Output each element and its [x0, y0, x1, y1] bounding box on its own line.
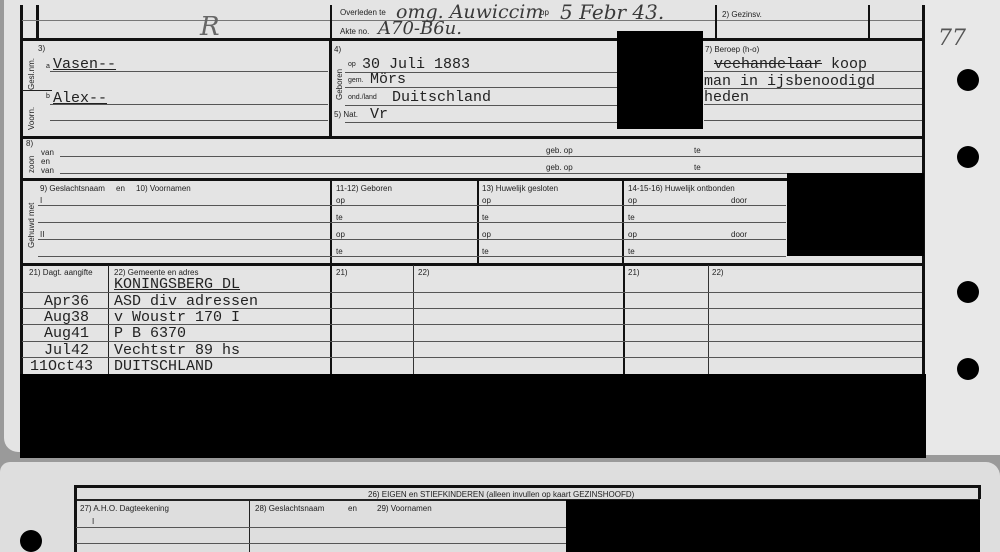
birth-country: Duitschland [392, 90, 491, 106]
married-te-2: te [482, 247, 489, 256]
gem-label: gem. [348, 76, 364, 85]
second-card-left-border [74, 485, 77, 552]
nationality-line [345, 122, 617, 123]
punch-hole-1 [957, 69, 979, 91]
geboren-vertical: Geboren [335, 69, 344, 100]
col21-c: 21) [628, 268, 640, 277]
akte-value: A70-B6u. [378, 18, 462, 39]
gehuwd-met-vertical: Gehuwd met [27, 203, 36, 248]
right-margin-mark: 77 [938, 26, 966, 51]
punch-hole-5 [20, 530, 42, 552]
overleden-date: 5 Febr 43. [560, 0, 664, 24]
margin-mark: R [200, 12, 220, 42]
punch-hole-4 [957, 358, 979, 380]
en-header: en [348, 504, 357, 513]
second-card-row-I: I [92, 517, 94, 526]
address-date-1: Apr36 [44, 294, 89, 310]
address-date-2: Aug38 [44, 310, 89, 326]
beroep-line-a [704, 71, 922, 72]
section26-top-rule [75, 485, 980, 488]
geslachtsnaam-header: 28) Geslachtsnaam [255, 504, 324, 513]
birth-place-line [345, 87, 617, 88]
section26-header: 26) EIGEN en STIEFKINDEREN (alleen invul… [368, 490, 634, 499]
beroep-line-c [704, 104, 922, 105]
zoon-vertical: zoon [27, 156, 36, 173]
marriage-line-2 [38, 222, 786, 223]
address-row-5: DUITSCHLAND [114, 359, 213, 375]
van-label-1: van [41, 148, 54, 157]
born-op-2: op [336, 230, 345, 239]
overleden-label: Overleden te [340, 8, 386, 17]
second-card-line-1 [76, 527, 566, 528]
section8-number: 8) [26, 139, 33, 148]
address-col-divider-2 [330, 265, 332, 375]
beroep-line-d [704, 120, 922, 121]
redacted-marriage-block [787, 173, 924, 256]
address-date-3: Aug41 [44, 326, 89, 342]
col22-c: 22) [712, 268, 724, 277]
a-label: a [46, 62, 50, 71]
dagt-aangifte-header: 21) Dagt. aangifte [29, 268, 93, 277]
border-left [20, 5, 23, 377]
born-te-2: te [336, 247, 343, 256]
marriage-line-4 [38, 256, 786, 257]
married-op-2: op [482, 230, 491, 239]
ond-land-label: ond./land [348, 93, 377, 102]
marriage-row-II: II [40, 230, 44, 239]
given-names-line [50, 104, 328, 105]
beroep-line-b [704, 88, 922, 89]
address-col-divider-1 [108, 265, 109, 375]
geb-op-label-2: geb. op [546, 163, 573, 172]
en-label: en [41, 157, 50, 166]
section4-number: 4) [334, 45, 341, 54]
te-label-2: te [694, 163, 701, 172]
address-row-2: v Woustr 170 I [114, 310, 240, 326]
section8-top-rule [22, 136, 922, 139]
huwelijk-gesloten-header: 13) Huwelijk gesloten [482, 184, 558, 193]
dissolved-op-1: op [628, 196, 637, 205]
top-divider-b [715, 5, 717, 38]
marriage-line-3 [38, 239, 786, 240]
te-label-1: te [694, 146, 701, 155]
born-op-1: op [336, 196, 345, 205]
card-tab-right [924, 0, 1000, 455]
second-card-col-divider [249, 500, 250, 552]
born-te-1: te [336, 213, 343, 222]
address-row-3: P B 6370 [114, 326, 186, 342]
birth-place: Mörs [370, 72, 406, 88]
redacted-photo-area [617, 31, 703, 129]
nationality: Vr [370, 107, 388, 123]
punch-hole-3 [957, 281, 979, 303]
nat-label: 5) Nat. [334, 110, 358, 119]
address-row-0: KONINGSBERG DL [114, 277, 240, 293]
marriage-name-header: 9) Geslachtsnaam en 10) Voornamen [40, 184, 191, 193]
section8-line-1 [60, 156, 922, 157]
address-col-divider-5 [708, 265, 709, 375]
punch-hole-2 [957, 146, 979, 168]
geboren-header: 11-12) Geboren [336, 184, 392, 193]
dissolved-door-2: door [731, 230, 747, 239]
dissolved-op-2: op [628, 230, 637, 239]
address-top-rule [22, 263, 922, 266]
voornamen-header: 29) Voornamen [377, 504, 432, 513]
marriage-line-1 [38, 205, 786, 206]
second-card-line-2 [76, 543, 566, 544]
b-label: b [46, 92, 50, 101]
address-col-divider-3 [413, 265, 414, 375]
dissolved-door-1: door [731, 196, 747, 205]
surname-line [50, 71, 328, 72]
marriage-row-I: I [40, 196, 42, 205]
redacted-second-card [566, 500, 980, 552]
border-left-inner [36, 5, 39, 41]
address-row-1: ASD div adressen [114, 294, 258, 310]
voorn-vertical: Voorn. [27, 107, 36, 130]
address-date-4: Jul42 [44, 343, 89, 359]
aho-dagteekening-header: 27) A.H.O. Dagteekening [80, 504, 169, 513]
section3-number: 3) [38, 44, 45, 53]
married-op-1: op [482, 196, 491, 205]
geb-op-label-1: geb. op [546, 146, 573, 155]
gezinsv-label: 2) Gezinsv. [722, 10, 762, 19]
dissolved-te-1: te [628, 213, 635, 222]
second-card-right-border [978, 485, 981, 499]
top-rule [22, 38, 922, 41]
section4-left-border [329, 38, 332, 138]
married-te-1: te [482, 213, 489, 222]
top-divider-a [330, 5, 332, 38]
dissolved-te-2: te [628, 247, 635, 256]
van-label-2: van [41, 166, 54, 175]
address-date-5: 11Oct43 [30, 359, 93, 375]
redacted-lower-card [20, 374, 926, 458]
address-row-4: Vechtstr 89 hs [114, 343, 240, 359]
beroep-label: 7) Beroep (h-o) [705, 45, 759, 54]
overleden-op-label: op [540, 8, 549, 17]
col21-b: 21) [336, 268, 348, 277]
top-divider-c [868, 5, 870, 38]
birth-op-label: op [348, 60, 356, 69]
col22-b: 22) [418, 268, 430, 277]
gesl-voorn-divider [22, 90, 52, 91]
huwelijk-ontbonden-header: 14-15-16) Huwelijk ontbonden [628, 184, 735, 193]
given-names-line-2 [50, 120, 328, 121]
akte-label: Akte no. [340, 27, 369, 36]
gesl-nm-vertical: Gesl.nm. [27, 58, 36, 90]
address-col-divider-4 [623, 265, 625, 375]
